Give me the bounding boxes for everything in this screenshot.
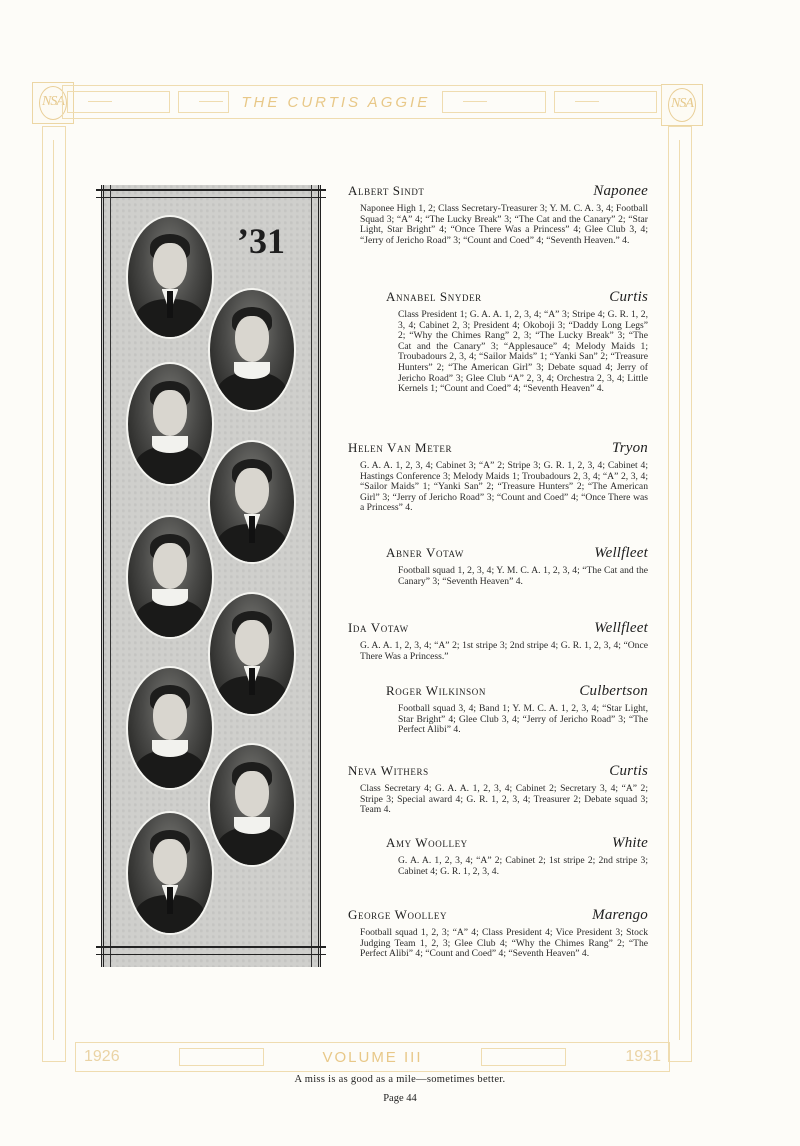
portrait-albert-sindt (126, 215, 214, 339)
footer-ornament-box (481, 1048, 566, 1066)
activities-list: G. A. A. 1, 2, 3, 4; Cabinet 3; “A” 2; S… (348, 461, 648, 514)
hometown: Naponee (593, 183, 648, 200)
student-name: Amy Woolley (386, 835, 468, 851)
entry-neva-withers: Neva WithersCurtis Class Secretary 4; G.… (348, 763, 648, 816)
activities-list: G. A. A. 1, 2, 3, 4; “A” 2; Cabinet 2; 1… (386, 856, 648, 877)
portrait-neva-withers (126, 666, 214, 790)
activities-list: G. A. A. 1, 2, 3, 4; “A” 2; 1st stripe 3… (348, 641, 648, 662)
hometown: Wellfleet (594, 545, 648, 562)
footer-start-year: 1926 (84, 1048, 120, 1066)
student-name: Roger Wilkinson (386, 683, 486, 699)
student-name: George Woolley (348, 907, 447, 923)
header-ornament-box (178, 91, 229, 113)
footer-end-year: 1931 (625, 1048, 661, 1066)
portrait-abner-votaw (208, 440, 296, 564)
frame-right-pillar (668, 126, 692, 1062)
activities-list: Naponee High 1, 2; Class Secretary-Treas… (348, 204, 648, 246)
student-name: Albert Sindt (348, 183, 425, 199)
frame-left-inner-line (53, 140, 54, 1040)
hometown: Wellfleet (594, 620, 648, 637)
entry-ida-votaw: Ida VotawWellfleet G. A. A. 1, 2, 3, 4; … (348, 620, 648, 662)
student-name: Abner Votaw (386, 545, 464, 561)
page-caption: A miss is as good as a mile—sometimes be… (0, 1074, 800, 1085)
activities-list: Football squad 1, 2, 3, 4; Y. M. C. A. 1… (386, 566, 648, 587)
activities-list: Football squad 1, 2, 3; “A” 4; Class Pre… (348, 928, 648, 960)
activities-list: Class Secretary 4; G. A. A. 1, 2, 3, 4; … (348, 784, 648, 816)
monogram-right-icon: NSA (661, 84, 703, 126)
page-number: Page 44 (0, 1093, 800, 1104)
activities-list: Football squad 3, 4; Band 1; Y. M. C. A.… (386, 704, 648, 736)
header-band: THE CURTIS AGGIE (62, 85, 662, 119)
portrait-ida-votaw (126, 515, 214, 639)
student-name: Annabel Snyder (386, 289, 482, 305)
entry-annabel-snyder: Annabel SnyderCurtis Class President 1; … (386, 289, 648, 395)
footer-band: 1926 VOLUME III 1931 (75, 1042, 670, 1072)
portrait-amy-woolley (208, 743, 296, 867)
hometown: Tryon (612, 440, 648, 457)
publication-title: THE CURTIS AGGIE (233, 94, 438, 111)
header-ornament-box (67, 91, 170, 113)
panel-inner-rule (311, 185, 312, 967)
portrait-roger-wilkinson (208, 592, 296, 716)
header-ornament-box (442, 91, 545, 113)
entry-helen-van-meter: Helen Van MeterTryon G. A. A. 1, 2, 3, 4… (348, 440, 648, 514)
portrait-annabel-snyder (208, 288, 296, 412)
student-name: Helen Van Meter (348, 440, 452, 456)
frame-left-pillar (42, 126, 66, 1062)
hometown: White (612, 835, 648, 852)
entry-george-woolley: George WoolleyMarengo Football squad 1, … (348, 907, 648, 960)
portrait-george-woolley (126, 811, 214, 935)
student-name: Ida Votaw (348, 620, 409, 636)
entry-amy-woolley: Amy WoolleyWhite G. A. A. 1, 2, 3, 4; “A… (386, 835, 648, 877)
hometown: Curtis (609, 289, 648, 306)
panel-inner-rule (110, 185, 111, 967)
hometown: Culbertson (579, 683, 648, 700)
entry-albert-sindt: Albert SindtNaponee Naponee High 1, 2; C… (348, 183, 648, 246)
entry-abner-votaw: Abner VotawWellfleet Football squad 1, 2… (386, 545, 648, 587)
entry-roger-wilkinson: Roger WilkinsonCulbertson Football squad… (386, 683, 648, 736)
portrait-helen-van-meter (126, 362, 214, 486)
student-name: Neva Withers (348, 763, 429, 779)
header-ornament-box (554, 91, 657, 113)
class-year-label: ’31 (237, 220, 285, 262)
frame-right-inner-line (679, 140, 680, 1040)
hometown: Marengo (592, 907, 648, 924)
volume-label: VOLUME III (322, 1049, 422, 1066)
hometown: Curtis (609, 763, 648, 780)
class-photo-panel: ’31 (101, 185, 321, 967)
activities-list: Class President 1; G. A. A. 1, 2, 3, 4; … (386, 310, 648, 395)
footer-ornament-box (179, 1048, 264, 1066)
